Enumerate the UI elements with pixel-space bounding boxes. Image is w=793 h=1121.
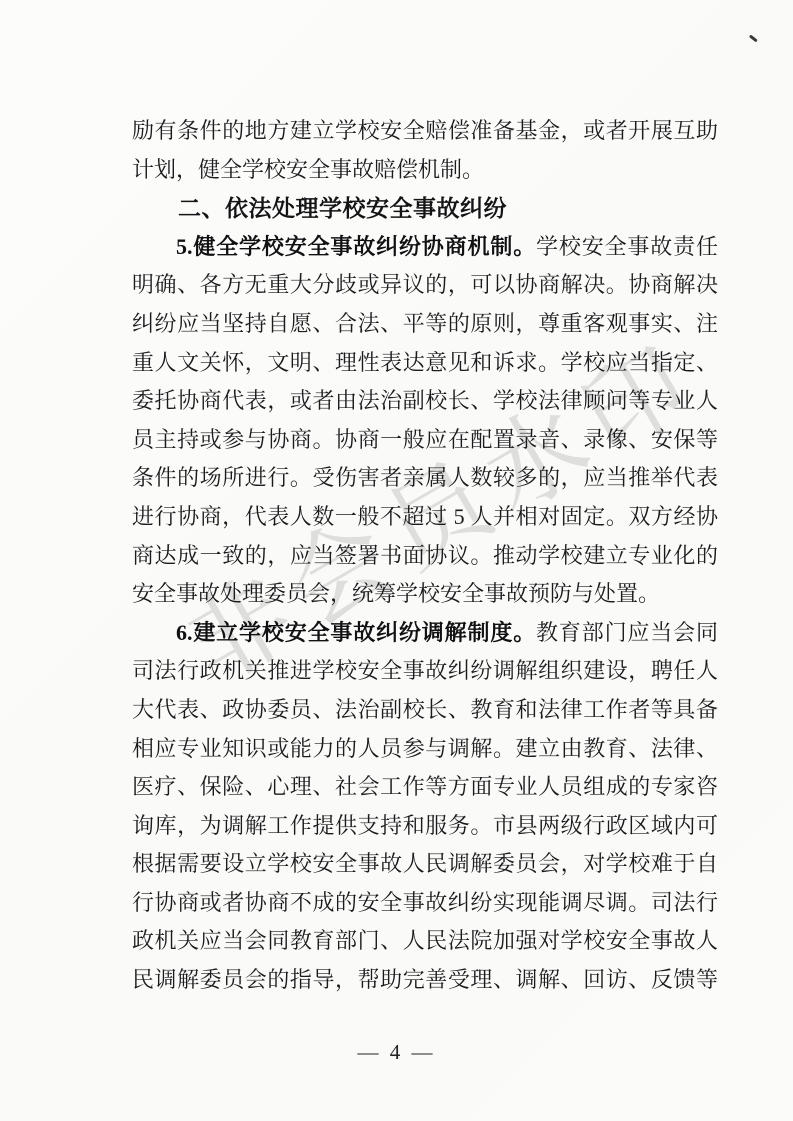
paragraph-continuation: 励有条件的地方建立学校安全赔偿准备基金，或者开展互助计划，健全学校安全事故赔偿机… [132, 112, 718, 189]
document-body: 励有条件的地方建立学校安全赔偿准备基金，或者开展互助计划，健全学校安全事故赔偿机… [132, 112, 718, 1000]
item5-body: 学校安全事故责任明确、各方无重大分歧或异议的，可以协商解决。协商解决纠纷应当坚持… [132, 234, 718, 606]
paragraph-item6: 6.建立学校安全事故纠纷调解制度。教育部门应当会同司法行政机关推进学校安全事故纠… [132, 614, 718, 1000]
scanned-document-page: 非会员水印 励有条件的地方建立学校安全赔偿准备基金，或者开展互助计划，健全学校安… [0, 0, 793, 1121]
item5-lead: 5.健全学校安全事故纠纷协商机制。 [176, 234, 536, 259]
section-heading: 二、依法处理学校安全事故纠纷 [132, 189, 718, 228]
ink-speck [749, 34, 758, 42]
item6-body: 教育部门应当会同司法行政机关推进学校安全事故纠纷调解组织建设，聘任人大代表、政协… [132, 620, 718, 992]
item6-lead: 6.建立学校安全事故纠纷调解制度。 [176, 620, 536, 645]
paragraph-item5: 5.健全学校安全事故纠纷协商机制。学校安全事故责任明确、各方无重大分歧或异议的，… [132, 228, 718, 614]
page-number: — 4 — [0, 1040, 793, 1065]
